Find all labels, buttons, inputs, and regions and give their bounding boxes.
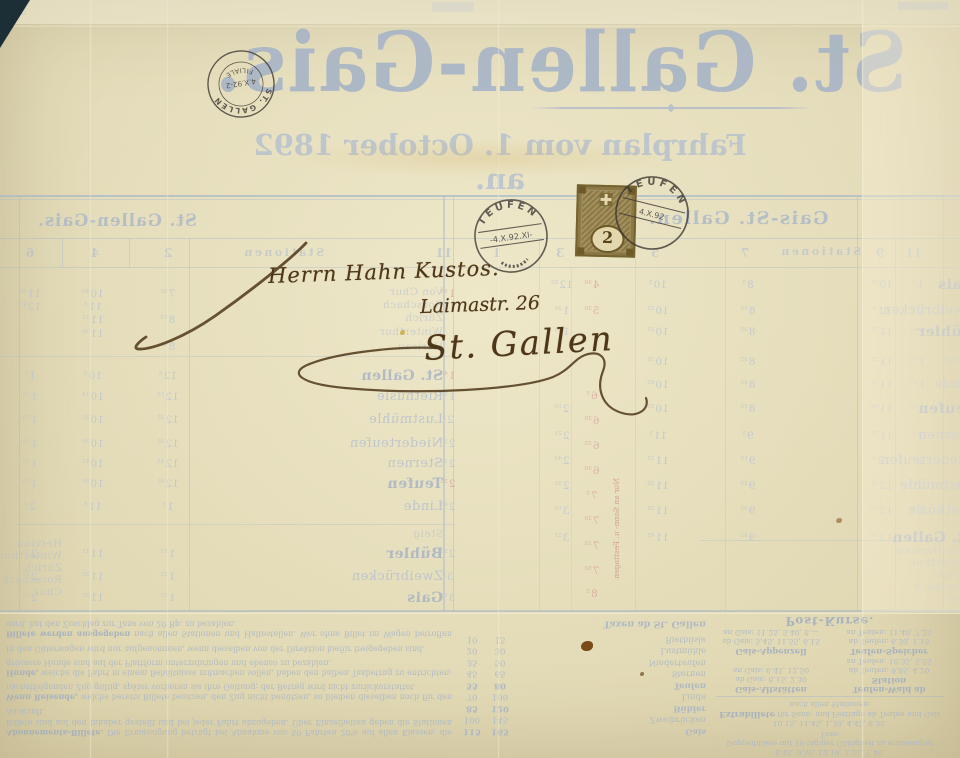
address-line2: Laimastr. 26 — [420, 292, 541, 318]
postmark-stgallen: ST. GALLEN FILIALE 4.X.92-2 — [200, 43, 282, 125]
svg-text:-4.X.92.XI-: -4.X.92.XI- — [489, 229, 533, 245]
folded-timetable-wrapper: St. Gallen-Gais. Fahrplan vom 1. October… — [0, 0, 960, 758]
swiss-cross-icon — [599, 193, 612, 206]
front-layer: 2 TEUFEN -4.X.92.XI- TEUFEN 4.X.92 — [0, 0, 960, 758]
svg-text:ST. GALLEN: ST. GALLEN — [211, 86, 277, 119]
paraph-stroke — [136, 243, 306, 349]
svg-text:TEUFEN: TEUFEN — [622, 170, 693, 211]
svg-text:4.X.92-2: 4.X.92-2 — [225, 77, 256, 91]
ink-flourishes — [0, 0, 960, 758]
address-city: St. Gallen — [423, 319, 615, 369]
photo-corner — [0, 0, 30, 48]
svg-text:4.X.92: 4.X.92 — [638, 207, 665, 222]
address-line1: Herrn Hahn Kustos. — [268, 256, 500, 288]
